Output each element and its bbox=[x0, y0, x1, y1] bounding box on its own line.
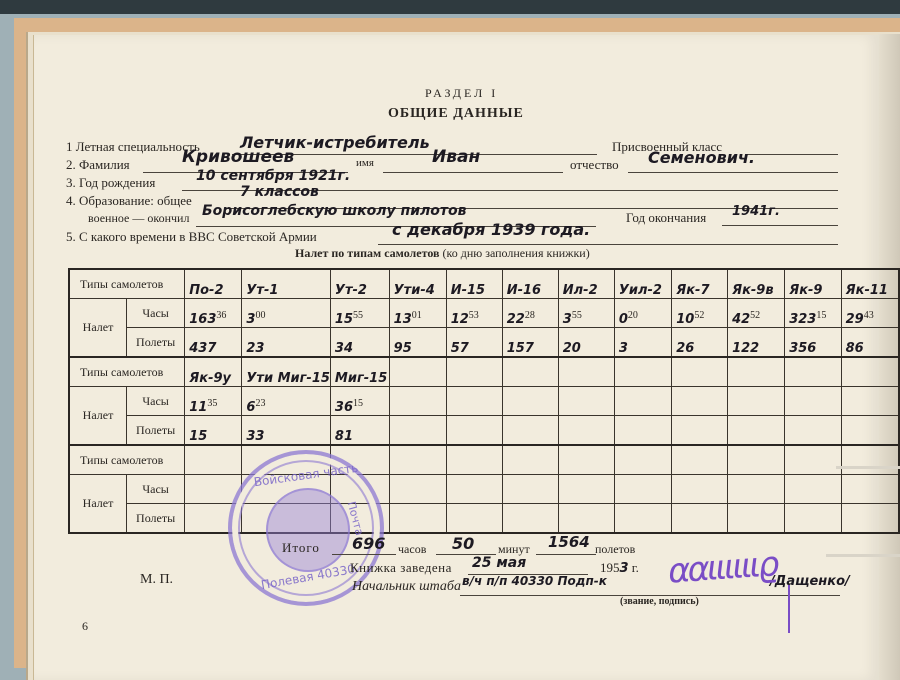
flights-value: 23 bbox=[246, 341, 264, 356]
hours-cell[interactable] bbox=[446, 387, 502, 416]
flights-cell[interactable]: 95 bbox=[389, 328, 446, 358]
section-title: ОБЩИЕ ДАННЫЕ bbox=[388, 106, 524, 122]
field-specialty-label: 1 Летная специальность bbox=[66, 139, 200, 155]
aircraft-type-cell[interactable] bbox=[728, 357, 785, 387]
flights-cell[interactable] bbox=[614, 416, 671, 446]
book-started-date[interactable]: 25 мая bbox=[472, 555, 526, 571]
hours-cell[interactable]: 2228 bbox=[502, 299, 558, 328]
flights-cell[interactable]: 15 bbox=[185, 416, 242, 446]
hours-cell[interactable] bbox=[614, 387, 671, 416]
types-header: Типы самолетов bbox=[69, 357, 185, 387]
aircraft-type-cell[interactable]: Ути-4 bbox=[389, 269, 446, 299]
flights-label: Полеты bbox=[127, 416, 185, 446]
state-emblem-icon bbox=[266, 488, 350, 572]
hours-cell[interactable]: 1052 bbox=[672, 299, 728, 328]
hours-cell[interactable]: 1135 bbox=[185, 387, 242, 416]
nalet-label: Налет bbox=[69, 299, 127, 358]
binding-thread bbox=[836, 466, 900, 469]
minutes-value: 23 bbox=[255, 398, 265, 409]
totals-hours-underline bbox=[332, 553, 396, 555]
hours-cell[interactable] bbox=[502, 475, 558, 504]
aircraft-type: Уил-2 bbox=[619, 283, 662, 298]
hours-row: НалетЧасы11356233615 bbox=[69, 387, 899, 416]
flights-cell[interactable]: 20 bbox=[558, 328, 614, 358]
hours-label: Часы bbox=[127, 387, 185, 416]
minutes-value: 35 bbox=[207, 398, 217, 409]
flights-cell[interactable]: 57 bbox=[446, 328, 502, 358]
chief-of-staff-rank[interactable]: в/ч п/п 40330 Подп-к bbox=[462, 574, 607, 588]
hours-cell[interactable]: 1301 bbox=[389, 299, 446, 328]
flights-value: 95 bbox=[394, 341, 412, 356]
aircraft-type-cell[interactable] bbox=[558, 357, 614, 387]
aircraft-type-cell[interactable]: Уил-2 bbox=[614, 269, 671, 299]
field-graduation-label: Год окончания bbox=[626, 210, 706, 226]
flights-cell[interactable] bbox=[389, 504, 446, 534]
hours-value: 22 bbox=[507, 312, 525, 327]
minutes-value: 15 bbox=[816, 310, 826, 321]
field-graduation-value[interactable]: 1941г. bbox=[732, 204, 780, 219]
flights-value: 34 bbox=[335, 341, 353, 356]
field-service-label: 5. С какого времени в ВВС Советской Арми… bbox=[66, 229, 317, 245]
minutes-value: 00 bbox=[255, 310, 265, 321]
aircraft-type: По-2 bbox=[189, 283, 223, 298]
totals-flights-underline bbox=[536, 553, 596, 555]
signature-stroke bbox=[788, 585, 790, 633]
aircraft-type-cell[interactable] bbox=[672, 357, 728, 387]
hours-cell[interactable]: 16336 bbox=[185, 299, 242, 328]
flights-cell[interactable] bbox=[502, 416, 558, 446]
signature-caption: (звание, подпись) bbox=[620, 596, 699, 607]
hours-cell[interactable] bbox=[558, 475, 614, 504]
aircraft-type: Як-9 bbox=[789, 283, 822, 298]
aircraft-type: Як-9в bbox=[732, 283, 774, 298]
aircraft-type-cell[interactable]: И-15 bbox=[446, 269, 502, 299]
field-name-value[interactable]: Иван bbox=[432, 147, 480, 167]
minutes-value: 55 bbox=[572, 310, 582, 321]
aircraft-type-cell[interactable]: Ут-1 bbox=[242, 269, 331, 299]
nalet-label: Налет bbox=[69, 387, 127, 446]
flights-cell[interactable] bbox=[614, 504, 671, 534]
aircraft-type-cell[interactable]: Ут-2 bbox=[330, 269, 389, 299]
flights-cell[interactable] bbox=[785, 504, 841, 534]
hours-cell[interactable] bbox=[728, 475, 785, 504]
table-caption-title: Налет по типам самолетов bbox=[295, 246, 440, 260]
field-education-military-value[interactable]: Борисоглебскую школу пилотов bbox=[202, 203, 466, 219]
totals-flights-value[interactable]: 1564 bbox=[548, 533, 590, 551]
aircraft-type-cell[interactable]: Як-9 bbox=[785, 269, 841, 299]
aircraft-type-cell[interactable]: Як-9у bbox=[185, 357, 242, 387]
flights-cell[interactable] bbox=[672, 504, 728, 534]
hours-cell[interactable] bbox=[728, 387, 785, 416]
field-name-underline bbox=[383, 171, 563, 173]
flights-cell[interactable] bbox=[389, 416, 446, 446]
hours-value: 0 bbox=[619, 312, 628, 327]
flights-cell[interactable]: 33 bbox=[242, 416, 331, 446]
types-header: Типы самолетов bbox=[69, 445, 185, 475]
hours-cell[interactable]: 1555 bbox=[330, 299, 389, 328]
hours-cell[interactable]: 4252 bbox=[728, 299, 785, 328]
handwritten-signature: ααιιιιιιϱ bbox=[667, 544, 778, 591]
hours-cell[interactable]: 32315 bbox=[785, 299, 841, 328]
hours-cell[interactable]: 1253 bbox=[446, 299, 502, 328]
flights-cell[interactable] bbox=[841, 504, 899, 534]
flights-cell[interactable]: 3 bbox=[614, 328, 671, 358]
hours-value: 163 bbox=[189, 312, 216, 327]
hours-cell[interactable]: 020 bbox=[614, 299, 671, 328]
flights-cell[interactable] bbox=[558, 504, 614, 534]
aircraft-type-row: Типы самолетовЯк-9уУти Миг-15Миг-15 bbox=[69, 357, 899, 387]
aircraft-type: Ил-2 bbox=[563, 283, 598, 298]
nalet-label: Налет bbox=[69, 475, 127, 534]
hours-label: Часы bbox=[127, 475, 185, 504]
minutes-value: 43 bbox=[864, 310, 874, 321]
minutes-value: 20 bbox=[628, 310, 638, 321]
aircraft-type-row: Типы самолетов bbox=[69, 445, 899, 475]
aircraft-type-cell[interactable] bbox=[502, 357, 558, 387]
flights-cell[interactable]: 26 bbox=[672, 328, 728, 358]
aircraft-type: Ут-2 bbox=[335, 283, 367, 298]
hours-cell[interactable] bbox=[389, 387, 446, 416]
flights-cell[interactable] bbox=[672, 416, 728, 446]
aircraft-type-cell[interactable]: Ил-2 bbox=[558, 269, 614, 299]
aircraft-type: И-15 bbox=[451, 283, 485, 298]
hours-value: 10 bbox=[676, 312, 694, 327]
flights-label: Полеты bbox=[127, 504, 185, 534]
aircraft-type-cell[interactable]: Як-7 bbox=[672, 269, 728, 299]
aircraft-type: И-16 bbox=[507, 283, 541, 298]
flights-value: 3 bbox=[619, 341, 628, 356]
minutes-value: 52 bbox=[750, 310, 760, 321]
aircraft-type-cell[interactable]: По-2 bbox=[185, 269, 242, 299]
aircraft-type-cell[interactable] bbox=[785, 357, 841, 387]
aircraft-type-cell[interactable]: Миг-15 bbox=[330, 357, 389, 387]
aircraft-type: Ути Миг-15 bbox=[246, 371, 330, 386]
aircraft-type-cell[interactable] bbox=[614, 357, 671, 387]
flights-value: 86 bbox=[846, 341, 864, 356]
aircraft-type-cell[interactable] bbox=[502, 445, 558, 475]
flights-cell[interactable]: 86 bbox=[841, 328, 899, 358]
flights-value: 356 bbox=[789, 341, 816, 356]
aircraft-type-cell[interactable] bbox=[672, 445, 728, 475]
hours-cell[interactable] bbox=[841, 475, 899, 504]
minutes-value: 01 bbox=[412, 310, 422, 321]
flights-value: 57 bbox=[451, 341, 469, 356]
aircraft-type-row: Типы самолетовПо-2Ут-1Ут-2Ути-4И-15И-16И… bbox=[69, 269, 899, 299]
flights-value: 157 bbox=[507, 341, 534, 356]
flights-cell[interactable] bbox=[446, 416, 502, 446]
hours-cell[interactable] bbox=[841, 387, 899, 416]
minutes-value: 28 bbox=[525, 310, 535, 321]
aircraft-type: Як-11 bbox=[846, 283, 888, 298]
minutes-value: 53 bbox=[469, 310, 479, 321]
flights-row: Полеты153381 bbox=[69, 416, 899, 446]
flights-value: 122 bbox=[732, 341, 759, 356]
flights-row: Полеты bbox=[69, 504, 899, 534]
field-patronymic-underline bbox=[628, 171, 838, 173]
binding-thread bbox=[826, 554, 900, 557]
hours-value: 36 bbox=[335, 400, 353, 415]
flights-cell[interactable]: 34 bbox=[330, 328, 389, 358]
hours-cell[interactable]: 623 bbox=[242, 387, 331, 416]
book-started-year-label: г. bbox=[632, 560, 639, 575]
flights-row: Полеты437233495571572032612235686 bbox=[69, 328, 899, 358]
minutes-value: 55 bbox=[353, 310, 363, 321]
chief-of-staff-label: Начальник штаба bbox=[352, 579, 461, 595]
book-started-year-prefix: 195 bbox=[600, 560, 620, 575]
flights-cell[interactable]: 157 bbox=[502, 328, 558, 358]
aircraft-type: Як-7 bbox=[676, 283, 709, 298]
field-service-underline bbox=[378, 243, 838, 245]
minutes-value: 52 bbox=[694, 310, 704, 321]
aircraft-type: Ути-4 bbox=[394, 283, 435, 298]
flights-value: 20 bbox=[563, 341, 581, 356]
hours-row: НалетЧасы1633630015551301125322283550201… bbox=[69, 299, 899, 328]
types-header: Типы самолетов bbox=[69, 269, 185, 299]
chief-of-staff-name[interactable]: /Дащенко/ bbox=[770, 574, 850, 589]
hours-cell[interactable] bbox=[389, 475, 446, 504]
flight-hours-table: Типы самолетовПо-2Ут-1Ут-2Ути-4И-15И-16И… bbox=[68, 268, 900, 534]
hours-cell[interactable] bbox=[785, 475, 841, 504]
aircraft-type-cell[interactable] bbox=[389, 445, 446, 475]
hours-row: НалетЧасы bbox=[69, 475, 899, 504]
aircraft-type-cell[interactable] bbox=[446, 357, 502, 387]
stamp-text-top: Войсковая часть bbox=[244, 459, 369, 490]
hours-value: 13 bbox=[394, 312, 412, 327]
field-name-label: имя bbox=[356, 157, 374, 169]
flights-cell[interactable] bbox=[728, 416, 785, 446]
totals-hours-value[interactable]: 696 bbox=[352, 534, 385, 553]
flights-label: Полеты bbox=[127, 328, 185, 358]
field-class-underline bbox=[746, 153, 838, 155]
field-surname-value[interactable]: Кривошеев bbox=[182, 147, 294, 167]
table-caption: Налет по типам самолетов (ко дню заполне… bbox=[295, 246, 590, 261]
book-started-label: Книжка заведена bbox=[350, 560, 452, 576]
totals-flights-label: полетов bbox=[595, 542, 635, 557]
aircraft-type-cell[interactable] bbox=[389, 357, 446, 387]
aircraft-type-cell[interactable]: Ути Миг-15 bbox=[242, 357, 331, 387]
flights-cell[interactable]: 437 bbox=[185, 328, 242, 358]
flights-cell[interactable] bbox=[446, 504, 502, 534]
field-graduation-underline bbox=[722, 224, 838, 226]
section-label: РАЗДЕЛ I bbox=[425, 86, 498, 101]
flights-value: 437 bbox=[189, 341, 216, 356]
aircraft-type-cell[interactable] bbox=[841, 357, 899, 387]
hours-cell[interactable]: 300 bbox=[242, 299, 331, 328]
aircraft-type-cell[interactable] bbox=[558, 445, 614, 475]
flights-value: 15 bbox=[189, 429, 207, 444]
hours-cell[interactable] bbox=[614, 475, 671, 504]
field-birth-label: 3. Год рождения bbox=[66, 175, 155, 191]
hours-value: 3 bbox=[563, 312, 572, 327]
hours-value: 42 bbox=[732, 312, 750, 327]
aircraft-type-cell[interactable] bbox=[446, 445, 502, 475]
field-surname-label: 2. Фамилия bbox=[66, 157, 130, 173]
aircraft-type-cell[interactable]: Як-9в bbox=[728, 269, 785, 299]
hours-cell[interactable] bbox=[785, 387, 841, 416]
aircraft-type: Миг-15 bbox=[335, 371, 387, 386]
flights-cell[interactable]: 81 bbox=[330, 416, 389, 446]
hours-cell[interactable]: 355 bbox=[558, 299, 614, 328]
field-education-military-label: военное — окончил bbox=[88, 211, 189, 226]
flights-cell[interactable] bbox=[558, 416, 614, 446]
flights-value: 26 bbox=[676, 341, 694, 356]
aircraft-type-cell[interactable]: И-16 bbox=[502, 269, 558, 299]
seal-place-mark: М. П. bbox=[140, 572, 173, 588]
aircraft-type-cell[interactable] bbox=[841, 445, 899, 475]
flights-value: 33 bbox=[246, 429, 264, 444]
field-education-general-value[interactable]: 7 классов bbox=[240, 184, 319, 200]
minutes-value: 36 bbox=[216, 310, 226, 321]
field-service-value[interactable]: с декабря 1939 года. bbox=[392, 220, 590, 239]
aircraft-type-cell[interactable]: Як-11 bbox=[841, 269, 899, 299]
hours-value: 323 bbox=[789, 312, 816, 327]
flights-cell[interactable]: 23 bbox=[242, 328, 331, 358]
aircraft-type-cell[interactable] bbox=[185, 445, 242, 475]
hours-value: 29 bbox=[846, 312, 864, 327]
page-number: 6 bbox=[82, 619, 88, 634]
field-patronymic-label: отчество bbox=[570, 157, 619, 173]
hours-cell[interactable] bbox=[672, 387, 728, 416]
totals-minutes-value[interactable]: 50 bbox=[452, 534, 474, 553]
aircraft-type-cell[interactable] bbox=[785, 445, 841, 475]
book-started-year-suffix[interactable]: 3 bbox=[620, 561, 629, 576]
hours-label: Часы bbox=[127, 299, 185, 328]
flights-cell[interactable] bbox=[728, 504, 785, 534]
aircraft-type: Ут-1 bbox=[246, 283, 278, 298]
totals-label: Итого bbox=[282, 540, 320, 556]
hours-value: 11 bbox=[189, 400, 207, 415]
aircraft-type-cell[interactable] bbox=[728, 445, 785, 475]
hours-cell[interactable]: 2943 bbox=[841, 299, 899, 328]
flights-cell[interactable] bbox=[785, 416, 841, 446]
field-education-general-label: 4. Образование: общее bbox=[66, 193, 192, 209]
totals-hours-label: часов bbox=[398, 542, 426, 557]
hours-cell[interactable] bbox=[672, 475, 728, 504]
field-patronymic-value[interactable]: Семенович. bbox=[648, 148, 755, 167]
flights-cell[interactable] bbox=[502, 504, 558, 534]
table-caption-note: (ко дню заполнения книжки) bbox=[443, 246, 590, 260]
flights-value: 81 bbox=[335, 429, 353, 444]
hours-value: 12 bbox=[451, 312, 469, 327]
hours-cell[interactable] bbox=[558, 387, 614, 416]
flights-cell[interactable]: 122 bbox=[728, 328, 785, 358]
hours-cell[interactable]: 3615 bbox=[330, 387, 389, 416]
aircraft-type-cell[interactable] bbox=[614, 445, 671, 475]
hours-cell[interactable] bbox=[502, 387, 558, 416]
field-birth-value[interactable]: 10 сентября 1921г. bbox=[196, 168, 350, 184]
aircraft-type: Як-9у bbox=[189, 371, 231, 386]
flights-cell[interactable] bbox=[841, 416, 899, 446]
flights-cell[interactable]: 356 bbox=[785, 328, 841, 358]
hours-cell[interactable] bbox=[446, 475, 502, 504]
hours-value: 15 bbox=[335, 312, 353, 327]
minutes-value: 15 bbox=[353, 398, 363, 409]
